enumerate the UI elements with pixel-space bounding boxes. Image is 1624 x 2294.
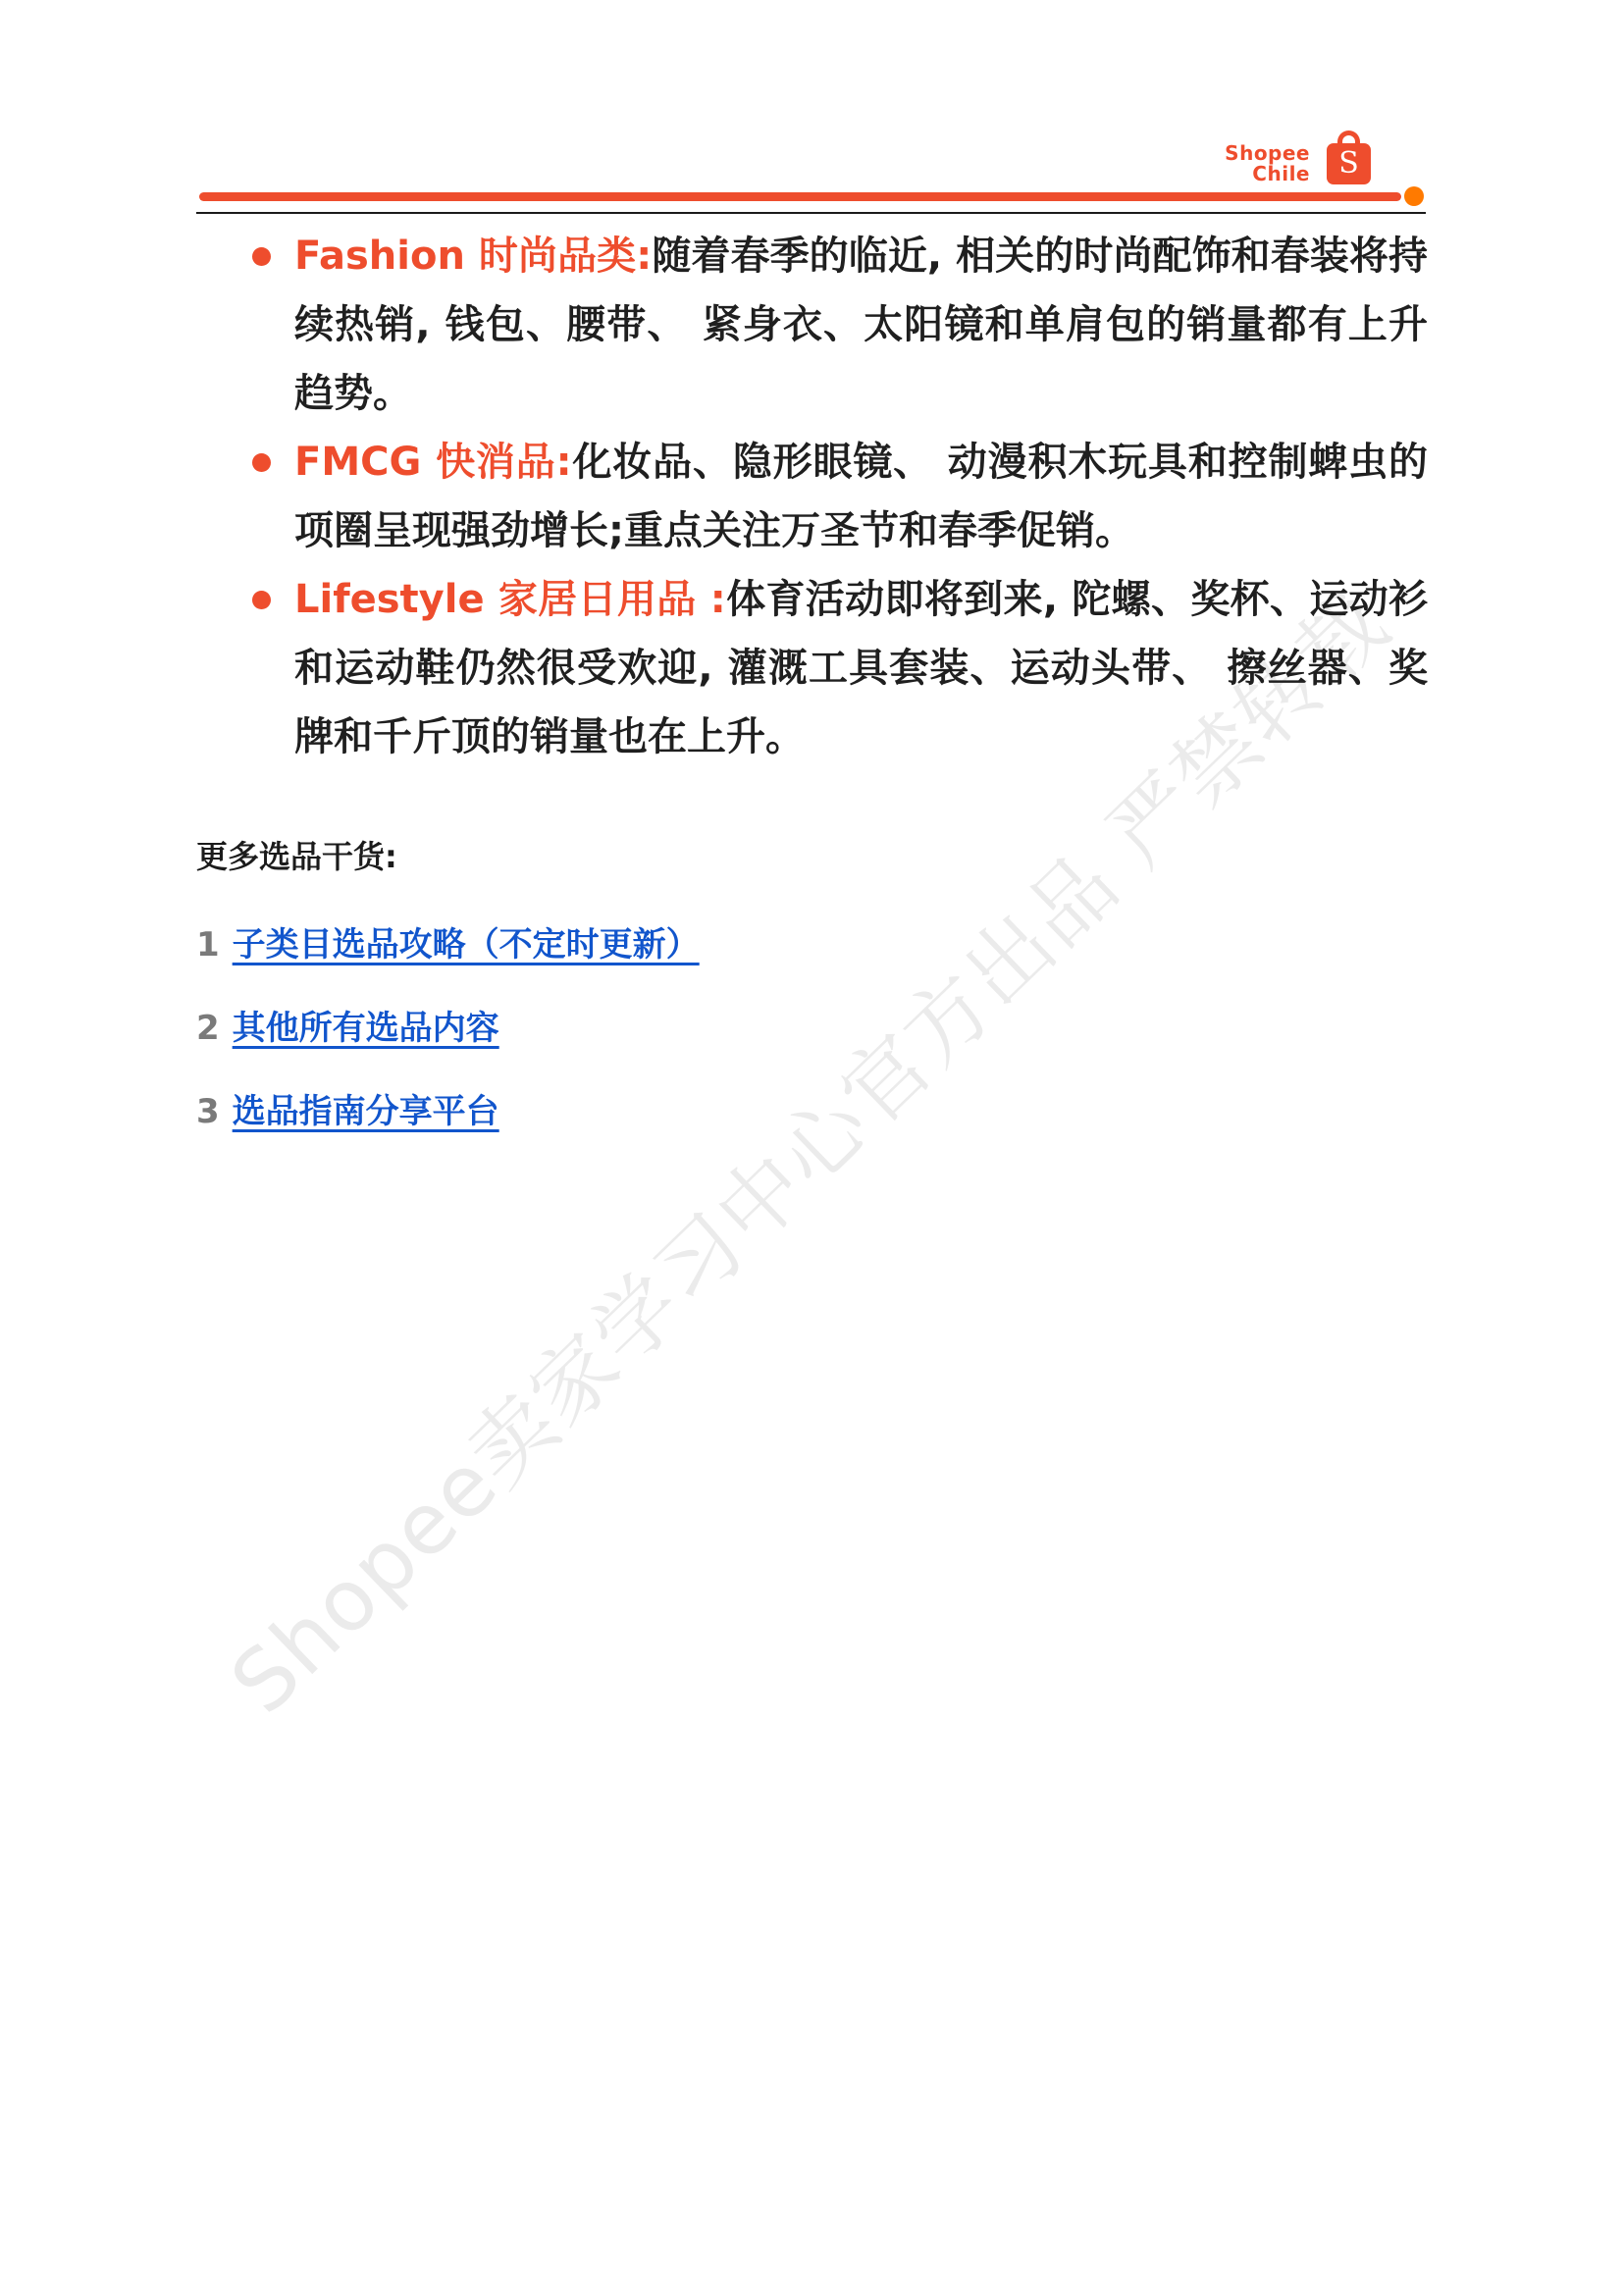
bullet-fmcg: FMCG 快消品:化妆品、隐形眼镜、 动漫积木玩具和控制蜱虫的项圈呈现强劲增长;… (196, 428, 1428, 565)
bullet-lifestyle-label: Lifestyle 家居日用品 : (294, 577, 726, 622)
header-divider-line (196, 212, 1426, 214)
link-row-2: 2其他所有选品内容 (196, 1009, 1428, 1048)
bag-letter: S (1327, 143, 1371, 184)
link-subcategory-guide[interactable]: 子类目选品攻略（不定时更新） (233, 925, 700, 965)
brand-line-shopee: Shopee (1225, 143, 1310, 164)
bullet-fashion: Fashion 时尚品类:随着春季的临近, 相关的时尚配饰和春装将持续热销, 钱… (196, 222, 1428, 428)
category-bullet-list: Fashion 时尚品类:随着春季的临近, 相关的时尚配饰和春装将持续热销, 钱… (196, 222, 1428, 771)
link-row-1: 1子类目选品攻略（不定时更新） (196, 925, 1428, 965)
brand-wordmark: Shopee Chile (1225, 143, 1310, 184)
brand-line-chile: Chile (1225, 164, 1310, 184)
bullet-lifestyle: Lifestyle 家居日用品 :体育活动即将到来, 陀螺、奖杯、运动衫和运动鞋… (196, 565, 1428, 771)
header-orange-dot (1404, 186, 1424, 206)
link-all-selection-content[interactable]: 其他所有选品内容 (233, 1009, 499, 1048)
shopee-bag-icon: S (1327, 143, 1371, 184)
bullet-fmcg-label: FMCG 快消品: (294, 440, 572, 485)
page-content: Fashion 时尚品类:随着春季的临近, 相关的时尚配饰和春装将持续热销, 钱… (0, 222, 1624, 1131)
more-tips-heading: 更多选品干货: (196, 837, 1428, 876)
bullet-fashion-label: Fashion 时尚品类: (294, 234, 652, 279)
link-number-1: 1 (196, 925, 220, 965)
link-row-3: 3选品指南分享平台 (196, 1092, 1428, 1131)
link-selection-guide-platform[interactable]: 选品指南分享平台 (233, 1092, 499, 1131)
header-orange-rule (199, 192, 1401, 201)
link-number-3: 3 (196, 1092, 220, 1131)
link-number-2: 2 (196, 1009, 220, 1048)
